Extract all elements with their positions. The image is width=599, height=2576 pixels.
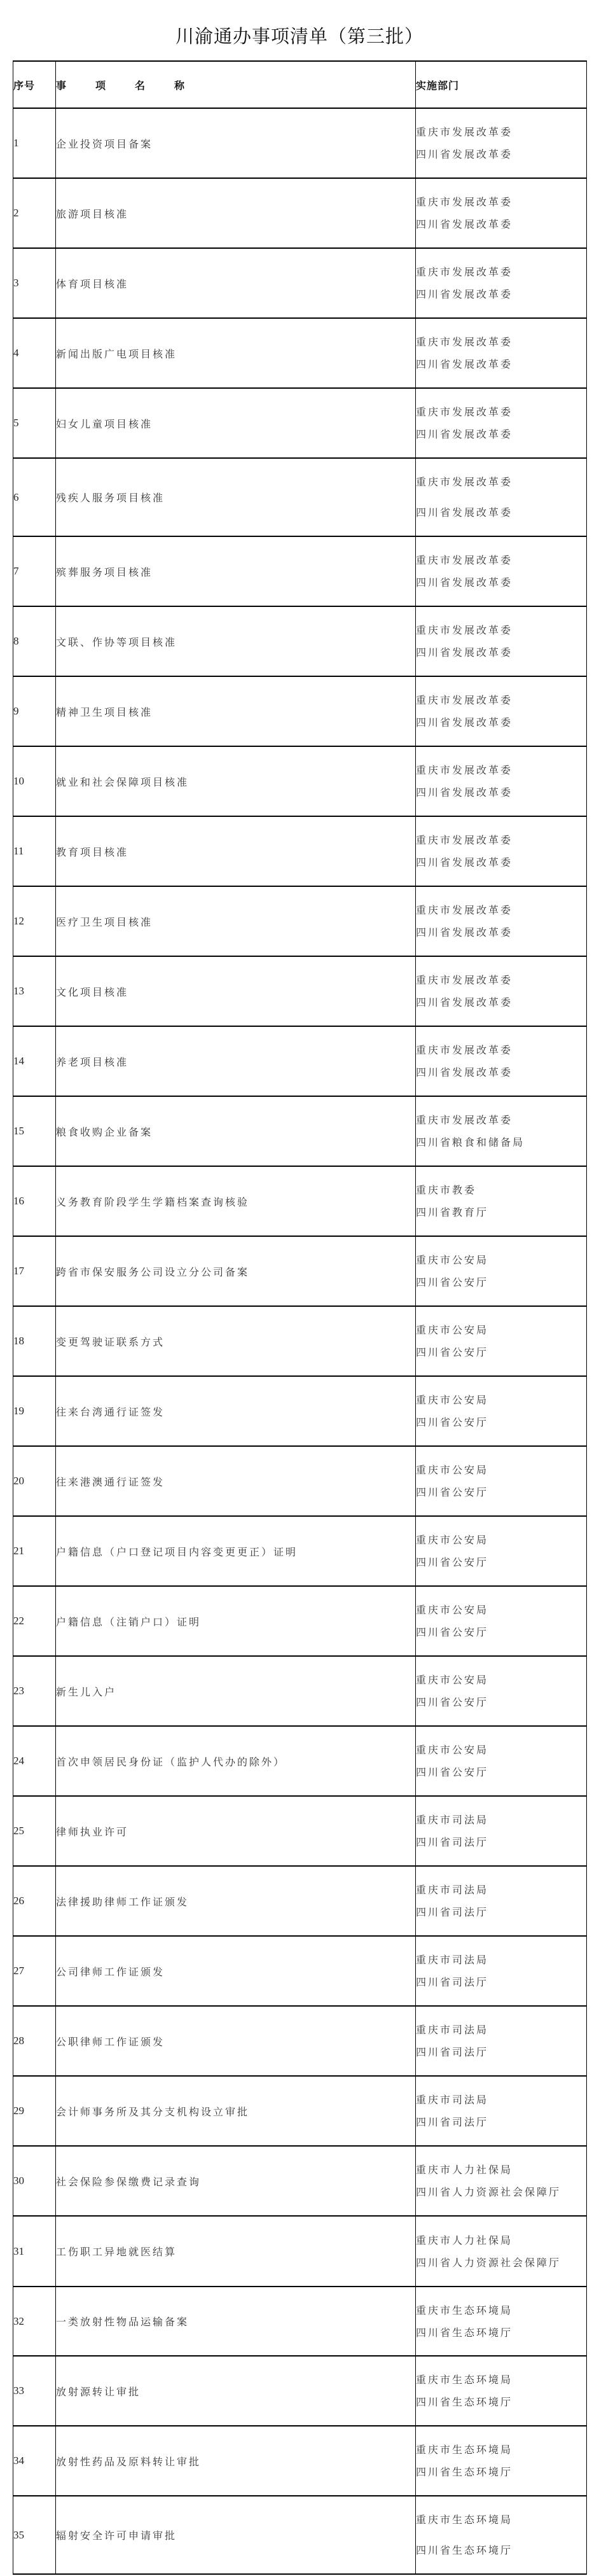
matter-name-cell: 旅游项目核准: [56, 178, 416, 248]
chongqing-department: 重庆市司法局: [416, 1879, 586, 1901]
implementing-department-cell: 重庆市公安局四川省公安厅: [416, 1726, 587, 1796]
sichuan-department: 四川省发展改革委: [416, 781, 586, 804]
table-row: 6残疾人服务项目核准重庆市发展改革委四川省发展改革委: [13, 458, 587, 536]
chongqing-department: 重庆市公安局: [416, 1459, 586, 1481]
chongqing-department: 重庆市发展改革委: [416, 1039, 586, 1061]
implementing-department-cell: 重庆市公安局四川省公安厅: [416, 1376, 587, 1446]
table-row: 20往来港澳通行证签发重庆市公安局四川省公安厅: [13, 1446, 587, 1516]
matter-name-cell: 公司律师工作证颁发: [56, 1936, 416, 2006]
serial-number-cell: 22: [13, 1586, 56, 1656]
implementing-department-cell: 重庆市公安局四川省公安厅: [416, 1516, 587, 1586]
sichuan-department: 四川省发展改革委: [416, 1061, 586, 1083]
table-row: 11教育项目核准重庆市发展改革委四川省发展改革委: [13, 816, 587, 886]
implementing-department-cell: 重庆市发展改革委四川省发展改革委: [416, 956, 587, 1026]
table-row: 25律师执业许可重庆市司法局四川省司法厅: [13, 1796, 587, 1866]
matter-name-cell: 放射性药品及原料转让审批: [56, 2426, 416, 2496]
serial-number-cell: 25: [13, 1796, 56, 1866]
matter-name-cell: 往来港澳通行证签发: [56, 1446, 416, 1516]
serial-number-cell: 10: [13, 746, 56, 816]
serial-number-cell: 1: [13, 108, 56, 178]
chongqing-department: 重庆市公安局: [416, 1739, 586, 1761]
chongqing-department: 重庆市发展改革委: [416, 331, 586, 353]
implementing-department-cell: 重庆市发展改革委四川省发展改革委: [416, 676, 587, 746]
serial-number-cell: 19: [13, 1376, 56, 1446]
table-row: 21户籍信息（户口登记项目内容变更更正）证明重庆市公安局四川省公安厅: [13, 1516, 587, 1586]
implementing-department-cell: 重庆市发展改革委四川省发展改革委: [416, 886, 587, 956]
matter-name-cell: 养老项目核准: [56, 1026, 416, 1096]
table-row: 9精神卫生项目核准重庆市发展改革委四川省发展改革委: [13, 676, 587, 746]
chongqing-department: 重庆市发展改革委: [416, 549, 586, 571]
sichuan-department: 四川省公安厅: [416, 1481, 586, 1503]
serial-number-cell: 28: [13, 2006, 56, 2076]
table-row: 4新闻出版广电项目核准重庆市发展改革委四川省发展改革委: [13, 318, 587, 388]
table-row: 32一类放射性物品运输备案重庆市生态环境局四川省生态环境厅: [13, 2287, 587, 2356]
sichuan-department: 四川省粮食和储备局: [416, 1131, 586, 1153]
matter-name-cell: 跨省市保安服务公司设立分公司备案: [56, 1236, 416, 1306]
serial-number-cell: 6: [13, 458, 56, 536]
matter-name-cell: 妇女儿童项目核准: [56, 388, 416, 458]
serial-number-cell: 17: [13, 1236, 56, 1306]
sichuan-department: 四川省生态环境厅: [416, 2322, 586, 2344]
chongqing-department: 重庆市发展改革委: [416, 401, 586, 423]
table-row: 16义务教育阶段学生学籍档案查询核验重庆市教委四川省教育厅: [13, 1166, 587, 1236]
sichuan-department: 四川省发展改革委: [416, 213, 586, 235]
implementing-department-cell: 重庆市生态环境局四川省生态环境厅: [416, 2496, 587, 2574]
table-row: 23新生儿入户重庆市公安局四川省公安厅: [13, 1656, 587, 1726]
chongqing-department: 重庆市公安局: [416, 1599, 586, 1621]
implementing-department-cell: 重庆市发展改革委四川省发展改革委: [416, 1026, 587, 1096]
chongqing-department: 重庆市发展改革委: [416, 759, 586, 781]
sichuan-department: 四川省生态环境厅: [416, 2535, 586, 2566]
chongqing-department: 重庆市公安局: [416, 1669, 586, 1691]
matter-name-cell: 粮食收购企业备案: [56, 1096, 416, 1166]
table-row: 24首次申领居民身份证（监护人代办的除外）重庆市公安局四川省公安厅: [13, 1726, 587, 1796]
sichuan-department: 四川省发展改革委: [416, 921, 586, 943]
chongqing-department: 重庆市生态环境局: [416, 2505, 586, 2535]
table-row: 10就业和社会保障项目核准重庆市发展改革委四川省发展改革委: [13, 746, 587, 816]
matter-name-cell: 精神卫生项目核准: [56, 676, 416, 746]
serial-number-cell: 20: [13, 1446, 56, 1516]
implementing-department-cell: 重庆市发展改革委四川省粮食和储备局: [416, 1096, 587, 1166]
implementing-department-cell: 重庆市司法局四川省司法厅: [416, 1796, 587, 1866]
implementing-department-cell: 重庆市发展改革委四川省发展改革委: [416, 248, 587, 318]
sichuan-department: 四川省公安厅: [416, 1691, 586, 1713]
serial-number-cell: 2: [13, 178, 56, 248]
implementing-department-cell: 重庆市发展改革委四川省发展改革委: [416, 388, 587, 458]
serial-number-cell: 30: [13, 2146, 56, 2216]
table-row: 29会计师事务所及其分支机构设立审批重庆市司法局四川省司法厅: [13, 2076, 587, 2146]
matter-name-cell: 变更驾驶证联系方式: [56, 1306, 416, 1376]
sichuan-department: 四川省发展改革委: [416, 423, 586, 445]
implementing-department-cell: 重庆市发展改革委四川省发展改革委: [416, 458, 587, 536]
serial-number-cell: 14: [13, 1026, 56, 1096]
chongqing-department: 重庆市司法局: [416, 1949, 586, 1971]
matter-name-cell: 放射源转让审批: [56, 2356, 416, 2426]
sichuan-department: 四川省发展改革委: [416, 143, 586, 165]
serial-number-cell: 3: [13, 248, 56, 318]
table-row: 35辐射安全许可申请审批重庆市生态环境局四川省生态环境厅: [13, 2496, 587, 2574]
sichuan-department: 四川省司法厅: [416, 1831, 586, 1853]
serial-number-cell: 18: [13, 1306, 56, 1376]
document-title: 川渝通办事项清单（第三批）: [0, 24, 599, 48]
chongqing-department: 重庆市生态环境局: [416, 2439, 586, 2461]
implementing-department-cell: 重庆市生态环境局四川省生态环境厅: [416, 2426, 587, 2496]
table-row: 15粮食收购企业备案重庆市发展改革委四川省粮食和储备局: [13, 1096, 587, 1166]
matter-name-cell: 企业投资项目备案: [56, 108, 416, 178]
matter-name-cell: 法律援助律师工作证颁发: [56, 1866, 416, 1936]
chongqing-department: 重庆市司法局: [416, 2019, 586, 2041]
sichuan-department: 四川省发展改革委: [416, 711, 586, 734]
table-row: 14养老项目核准重庆市发展改革委四川省发展改革委: [13, 1026, 587, 1096]
table-row: 17跨省市保安服务公司设立分公司备案重庆市公安局四川省公安厅: [13, 1236, 587, 1306]
table-row: 8文联、作协等项目核准重庆市发展改革委四川省发展改革委: [13, 606, 587, 676]
chongqing-department: 重庆市发展改革委: [416, 1109, 586, 1131]
sichuan-department: 四川省教育厅: [416, 1201, 586, 1223]
header-serial-number: 序号: [13, 61, 56, 108]
sichuan-department: 四川省发展改革委: [416, 283, 586, 305]
implementing-department-cell: 重庆市司法局四川省司法厅: [416, 2076, 587, 2146]
table-row: 13文化项目核准重庆市发展改革委四川省发展改革委: [13, 956, 587, 1026]
sichuan-department: 四川省发展改革委: [416, 991, 586, 1013]
serial-number-cell: 12: [13, 886, 56, 956]
matter-name-cell: 户籍信息（户口登记项目内容变更更正）证明: [56, 1516, 416, 1586]
matter-name-cell: 义务教育阶段学生学籍档案查询核验: [56, 1166, 416, 1236]
implementing-department-cell: 重庆市公安局四川省公安厅: [416, 1306, 587, 1376]
chongqing-department: 重庆市公安局: [416, 1529, 586, 1551]
sichuan-department: 四川省公安厅: [416, 1271, 586, 1293]
matter-name-cell: 殡葬服务项目核准: [56, 536, 416, 606]
matter-name-cell: 会计师事务所及其分支机构设立审批: [56, 2076, 416, 2146]
header-implementing-department: 实施部门: [416, 61, 587, 108]
serial-number-cell: 26: [13, 1866, 56, 1936]
implementing-department-cell: 重庆市司法局四川省司法厅: [416, 1866, 587, 1936]
table-row: 2旅游项目核准重庆市发展改革委四川省发展改革委: [13, 178, 587, 248]
chongqing-department: 重庆市发展改革委: [416, 467, 586, 498]
table-row: 18变更驾驶证联系方式重庆市公安局四川省公安厅: [13, 1306, 587, 1376]
table-row: 26法律援助律师工作证颁发重庆市司法局四川省司法厅: [13, 1866, 587, 1936]
serial-number-cell: 32: [13, 2287, 56, 2356]
matter-name-cell: 户籍信息（注销户口）证明: [56, 1586, 416, 1656]
sichuan-department: 四川省发展改革委: [416, 641, 586, 664]
table-row: 33放射源转让审批重庆市生态环境局四川省生态环境厅: [13, 2356, 587, 2426]
matter-name-cell: 体育项目核准: [56, 248, 416, 318]
sichuan-department: 四川省发展改革委: [416, 851, 586, 874]
serial-number-cell: 27: [13, 1936, 56, 2006]
sichuan-department: 四川省司法厅: [416, 2111, 586, 2133]
implementing-department-cell: 重庆市人力社保局四川省人力资源社会保障厅: [416, 2216, 587, 2287]
matter-name-cell: 工伤职工异地就医结算: [56, 2216, 416, 2287]
serial-number-cell: 16: [13, 1166, 56, 1236]
chongqing-department: 重庆市公安局: [416, 1389, 586, 1411]
implementing-department-cell: 重庆市人力社保局四川省人力资源社会保障厅: [416, 2146, 587, 2216]
chongqing-department: 重庆市公安局: [416, 1319, 586, 1341]
sichuan-department: 四川省公安厅: [416, 1411, 586, 1433]
table-row: 30社会保险参保缴费记录查询重庆市人力社保局四川省人力资源社会保障厅: [13, 2146, 587, 2216]
chongqing-department: 重庆市发展改革委: [416, 689, 586, 711]
matter-name-cell: 社会保险参保缴费记录查询: [56, 2146, 416, 2216]
chongqing-department: 重庆市司法局: [416, 1809, 586, 1831]
table-row: 34放射性药品及原料转让审批重庆市生态环境局四川省生态环境厅: [13, 2426, 587, 2496]
chongqing-department: 重庆市司法局: [416, 2089, 586, 2111]
sichuan-department: 四川省司法厅: [416, 2041, 586, 2063]
chongqing-department: 重庆市人力社保局: [416, 2229, 586, 2252]
header-matter-name-char: 称: [174, 80, 184, 92]
sichuan-department: 四川省公安厅: [416, 1341, 586, 1363]
serial-number-cell: 24: [13, 1726, 56, 1796]
matter-name-cell: 文联、作协等项目核准: [56, 606, 416, 676]
sichuan-department: 四川省司法厅: [416, 1901, 586, 1923]
matter-name-cell: 新生儿入户: [56, 1656, 416, 1726]
matter-name-cell: 辐射安全许可申请审批: [56, 2496, 416, 2574]
matter-name-cell: 新闻出版广电项目核准: [56, 318, 416, 388]
implementing-department-cell: 重庆市生态环境局四川省生态环境厅: [416, 2356, 587, 2426]
matter-name-cell: 就业和社会保障项目核准: [56, 746, 416, 816]
matter-name-cell: 教育项目核准: [56, 816, 416, 886]
header-matter-name-char: 事: [56, 80, 66, 92]
header-matter-name: 事项名称: [56, 61, 416, 108]
header-matter-name-char: 项: [95, 80, 106, 92]
implementing-department-cell: 重庆市司法局四川省司法厅: [416, 2006, 587, 2076]
table-body: 1企业投资项目备案重庆市发展改革委四川省发展改革委2旅游项目核准重庆市发展改革委…: [13, 108, 587, 2574]
table-row: 22户籍信息（注销户口）证明重庆市公安局四川省公安厅: [13, 1586, 587, 1656]
implementing-department-cell: 重庆市公安局四川省公安厅: [416, 1586, 587, 1656]
serial-number-cell: 4: [13, 318, 56, 388]
matter-name-cell: 医疗卫生项目核准: [56, 886, 416, 956]
sichuan-department: 四川省生态环境厅: [416, 2461, 586, 2483]
chongqing-department: 重庆市发展改革委: [416, 969, 586, 991]
implementing-department-cell: 重庆市发展改革委四川省发展改革委: [416, 746, 587, 816]
serial-number-cell: 11: [13, 816, 56, 886]
implementing-department-cell: 重庆市公安局四川省公安厅: [416, 1656, 587, 1726]
table-row: 27公司律师工作证颁发重庆市司法局四川省司法厅: [13, 1936, 587, 2006]
serial-number-cell: 29: [13, 2076, 56, 2146]
matter-name-cell: 残疾人服务项目核准: [56, 458, 416, 536]
serial-number-cell: 34: [13, 2426, 56, 2496]
chongqing-department: 重庆市人力社保局: [416, 2159, 586, 2181]
serial-number-cell: 5: [13, 388, 56, 458]
matter-name-cell: 文化项目核准: [56, 956, 416, 1026]
sichuan-department: 四川省公安厅: [416, 1551, 586, 1573]
matter-name-cell: 公职律师工作证颁发: [56, 2006, 416, 2076]
implementing-department-cell: 重庆市公安局四川省公安厅: [416, 1236, 587, 1306]
chongqing-department: 重庆市发展改革委: [416, 619, 586, 641]
implementing-department-cell: 重庆市发展改革委四川省发展改革委: [416, 318, 587, 388]
sichuan-department: 四川省发展改革委: [416, 498, 586, 528]
implementing-department-cell: 重庆市发展改革委四川省发展改革委: [416, 816, 587, 886]
serial-number-cell: 21: [13, 1516, 56, 1586]
matter-name-cell: 首次申领居民身份证（监护人代办的除外）: [56, 1726, 416, 1796]
serial-number-cell: 13: [13, 956, 56, 1026]
matters-table: 序号 事项名称 实施部门 1企业投资项目备案重庆市发展改革委四川省发展改革委2旅…: [13, 60, 587, 2575]
implementing-department-cell: 重庆市发展改革委四川省发展改革委: [416, 606, 587, 676]
table-header-row: 序号 事项名称 实施部门: [13, 61, 587, 108]
serial-number-cell: 7: [13, 536, 56, 606]
table-row: 3体育项目核准重庆市发展改革委四川省发展改革委: [13, 248, 587, 318]
implementing-department-cell: 重庆市生态环境局四川省生态环境厅: [416, 2287, 587, 2356]
serial-number-cell: 23: [13, 1656, 56, 1726]
chongqing-department: 重庆市发展改革委: [416, 899, 586, 921]
sichuan-department: 四川省人力资源社会保障厅: [416, 2181, 586, 2203]
sichuan-department: 四川省公安厅: [416, 1621, 586, 1643]
implementing-department-cell: 重庆市司法局四川省司法厅: [416, 1936, 587, 2006]
chongqing-department: 重庆市发展改革委: [416, 829, 586, 851]
chongqing-department: 重庆市发展改革委: [416, 191, 586, 213]
table-row: 31工伤职工异地就医结算重庆市人力社保局四川省人力资源社会保障厅: [13, 2216, 587, 2287]
serial-number-cell: 15: [13, 1096, 56, 1166]
serial-number-cell: 35: [13, 2496, 56, 2574]
sichuan-department: 四川省发展改革委: [416, 353, 586, 375]
sichuan-department: 四川省生态环境厅: [416, 2391, 586, 2413]
table-row: 12医疗卫生项目核准重庆市发展改革委四川省发展改革委: [13, 886, 587, 956]
sichuan-department: 四川省公安厅: [416, 1761, 586, 1783]
matter-name-cell: 律师执业许可: [56, 1796, 416, 1866]
table-row: 7殡葬服务项目核准重庆市发展改革委四川省发展改革委: [13, 536, 587, 606]
chongqing-department: 重庆市生态环境局: [416, 2369, 586, 2391]
chongqing-department: 重庆市发展改革委: [416, 261, 586, 283]
table-row: 28公职律师工作证颁发重庆市司法局四川省司法厅: [13, 2006, 587, 2076]
sichuan-department: 四川省人力资源社会保障厅: [416, 2252, 586, 2274]
serial-number-cell: 9: [13, 676, 56, 746]
serial-number-cell: 31: [13, 2216, 56, 2287]
matter-name-cell: 往来台湾通行证签发: [56, 1376, 416, 1446]
serial-number-cell: 8: [13, 606, 56, 676]
serial-number-cell: 33: [13, 2356, 56, 2426]
chongqing-department: 重庆市发展改革委: [416, 121, 586, 143]
sichuan-department: 四川省司法厅: [416, 1971, 586, 1993]
implementing-department-cell: 重庆市发展改革委四川省发展改革委: [416, 178, 587, 248]
table-row: 5妇女儿童项目核准重庆市发展改革委四川省发展改革委: [13, 388, 587, 458]
implementing-department-cell: 重庆市发展改革委四川省发展改革委: [416, 108, 587, 178]
header-matter-name-char: 名: [135, 80, 145, 92]
sichuan-department: 四川省发展改革委: [416, 571, 586, 594]
implementing-department-cell: 重庆市公安局四川省公安厅: [416, 1446, 587, 1516]
table-row: 19往来台湾通行证签发重庆市公安局四川省公安厅: [13, 1376, 587, 1446]
implementing-department-cell: 重庆市发展改革委四川省发展改革委: [416, 536, 587, 606]
chongqing-department: 重庆市生态环境局: [416, 2299, 586, 2322]
table-row: 1企业投资项目备案重庆市发展改革委四川省发展改革委: [13, 108, 587, 178]
chongqing-department: 重庆市公安局: [416, 1249, 586, 1271]
implementing-department-cell: 重庆市教委四川省教育厅: [416, 1166, 587, 1236]
matter-name-cell: 一类放射性物品运输备案: [56, 2287, 416, 2356]
chongqing-department: 重庆市教委: [416, 1179, 586, 1201]
